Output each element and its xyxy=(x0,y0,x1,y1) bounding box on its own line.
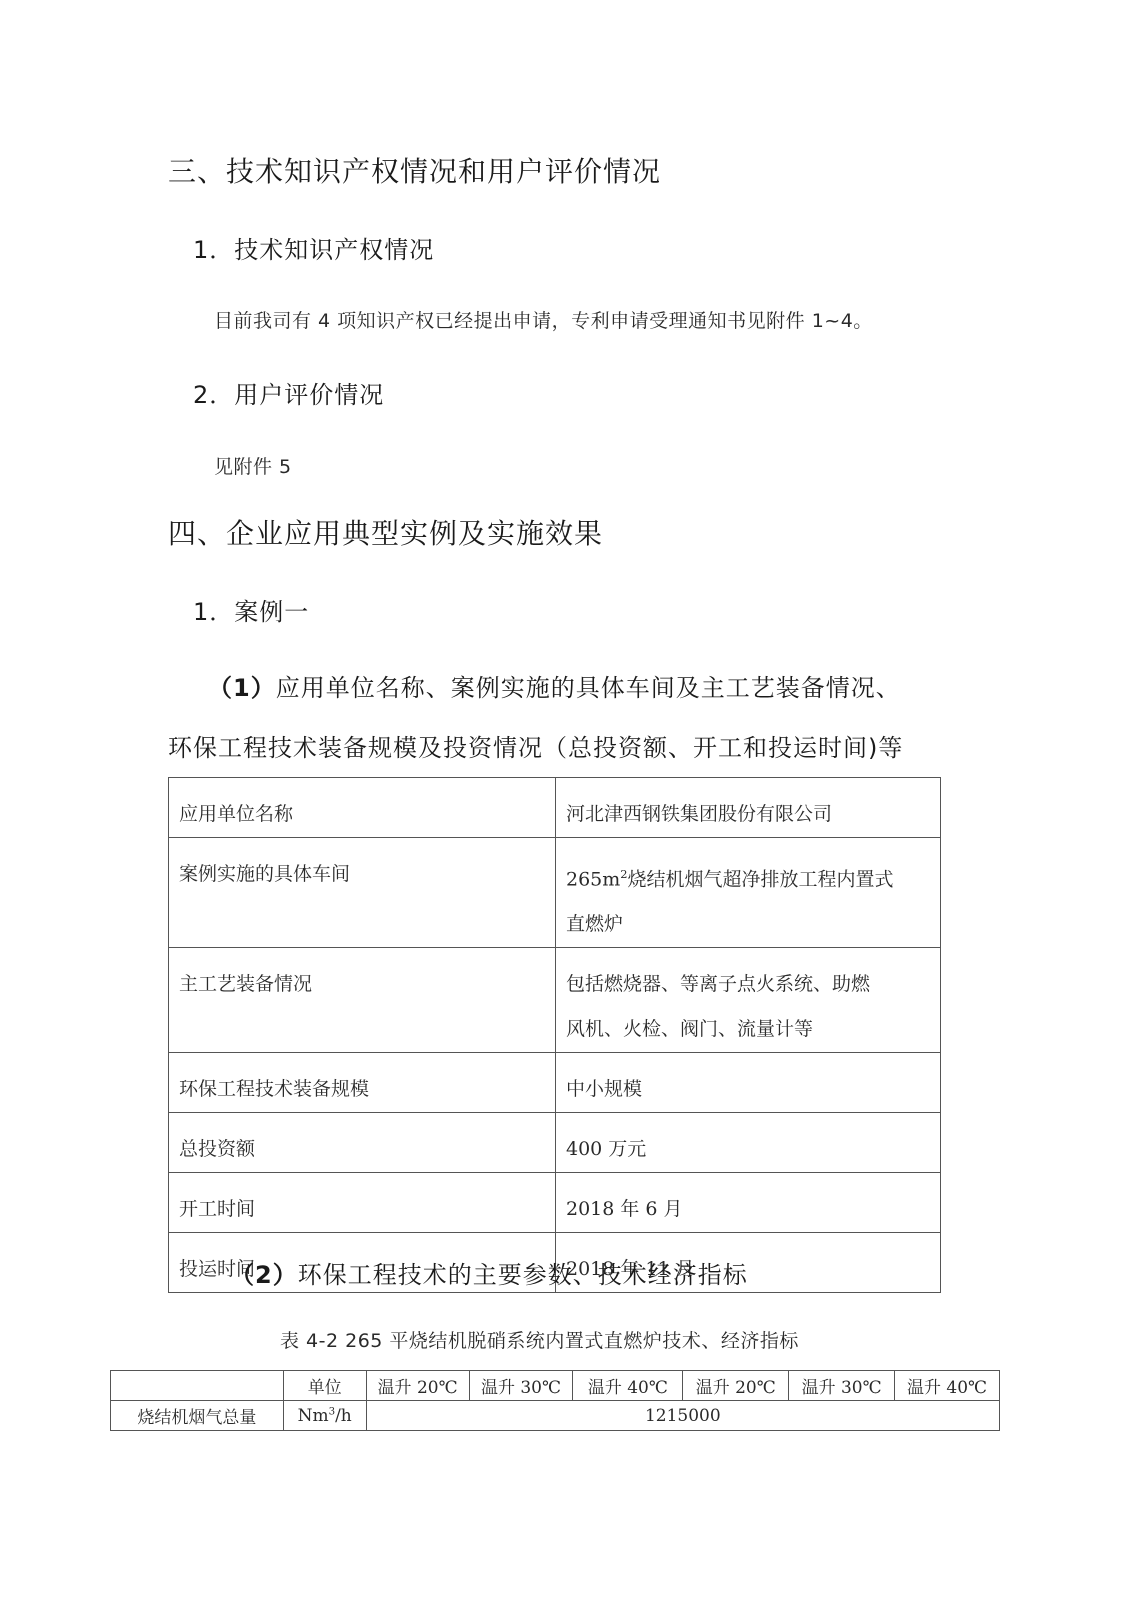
header-cell xyxy=(111,1371,284,1401)
header-cell: 温升 40℃ xyxy=(895,1371,1000,1401)
table-caption: 表 4-2 265 平烧结机脱硝系统内置式直燃炉技术、经济指标 xyxy=(280,1326,799,1353)
item-text: 环保工程技术的主要参数、技术经济指标 xyxy=(298,1261,748,1289)
case-1-item-2: （2）环保工程技术的主要参数、技术经济指标 xyxy=(230,1255,748,1290)
header-cell: 温升 20℃ xyxy=(683,1371,789,1401)
item-number: （1） xyxy=(208,674,276,702)
table-row: 案例实施的具体车间 265m2烧结机烟气超净排放工程内置式 直燃炉 xyxy=(169,838,941,948)
header-cell: 温升 20℃ xyxy=(366,1371,469,1401)
section-3-heading: 三、技术知识产权情况和用户评价情况 xyxy=(168,150,661,190)
application-info-table: 应用单位名称 河北津西钢铁集团股份有限公司 案例实施的具体车间 265m2烧结机… xyxy=(168,777,941,1293)
section-3-1-heading: 1．技术知识产权情况 xyxy=(193,230,434,265)
header-cell: 温升 40℃ xyxy=(573,1371,683,1401)
table-row: 总投资额 400 万元 xyxy=(169,1113,941,1173)
table-row: 开工时间 2018 年 6 月 xyxy=(169,1173,941,1233)
row-label: 开工时间 xyxy=(169,1173,556,1233)
table-row: 主工艺装备情况 包括燃烧器、等离子点火系统、助燃 风机、火检、阀门、流量计等 xyxy=(169,948,941,1053)
row-label: 应用单位名称 xyxy=(169,778,556,838)
section-3-1-body: 目前我司有 4 项知识产权已经提出申请，专利申请受理通知书见附件 1~4。 xyxy=(214,306,873,333)
row-value: 400 万元 xyxy=(556,1113,941,1173)
header-cell: 单位 xyxy=(283,1371,366,1401)
section-4-heading: 四、企业应用典型实例及实施效果 xyxy=(168,512,603,552)
table-row: 应用单位名称 河北津西钢铁集团股份有限公司 xyxy=(169,778,941,838)
row-label: 总投资额 xyxy=(169,1113,556,1173)
row-label: 烧结机烟气总量 xyxy=(111,1401,284,1431)
table-row: 烧结机烟气总量 Nm3/h 1215000 xyxy=(111,1401,1000,1431)
table-row: 环保工程技术装备规模 中小规模 xyxy=(169,1053,941,1113)
row-unit: Nm3/h xyxy=(283,1401,366,1431)
row-label: 环保工程技术装备规模 xyxy=(169,1053,556,1113)
row-value: 1215000 xyxy=(366,1401,999,1431)
table-header-row: 单位 温升 20℃ 温升 30℃ 温升 40℃ 温升 20℃ 温升 30℃ 温升… xyxy=(111,1371,1000,1401)
section-3-2-heading: 2．用户评价情况 xyxy=(193,375,384,410)
row-label: 主工艺装备情况 xyxy=(169,948,556,1053)
row-label: 案例实施的具体车间 xyxy=(169,838,556,948)
section-3-2-body: 见附件 5 xyxy=(214,452,292,479)
case-1-heading: 1．案例一 xyxy=(193,592,309,627)
item-text: 应用单位名称、案例实施的具体车间及主工艺装备情况、 xyxy=(276,674,901,702)
case-1-item-1-line-2: 环保工程技术装备规模及投资情况（总投资额、开工和投运时间)等 xyxy=(168,728,903,763)
row-value: 包括燃烧器、等离子点火系统、助燃 风机、火检、阀门、流量计等 xyxy=(556,948,941,1053)
tech-economic-indicators-table: 单位 温升 20℃ 温升 30℃ 温升 40℃ 温升 20℃ 温升 30℃ 温升… xyxy=(110,1370,1000,1431)
header-cell: 温升 30℃ xyxy=(789,1371,895,1401)
row-value: 2018 年 6 月 xyxy=(556,1173,941,1233)
row-value: 265m2烧结机烟气超净排放工程内置式 直燃炉 xyxy=(556,838,941,948)
row-value: 中小规模 xyxy=(556,1053,941,1113)
row-value: 河北津西钢铁集团股份有限公司 xyxy=(556,778,941,838)
header-cell: 温升 30℃ xyxy=(469,1371,573,1401)
item-number: （2） xyxy=(230,1261,298,1289)
case-1-item-1-line-1: （1）应用单位名称、案例实施的具体车间及主工艺装备情况、 xyxy=(208,668,901,703)
